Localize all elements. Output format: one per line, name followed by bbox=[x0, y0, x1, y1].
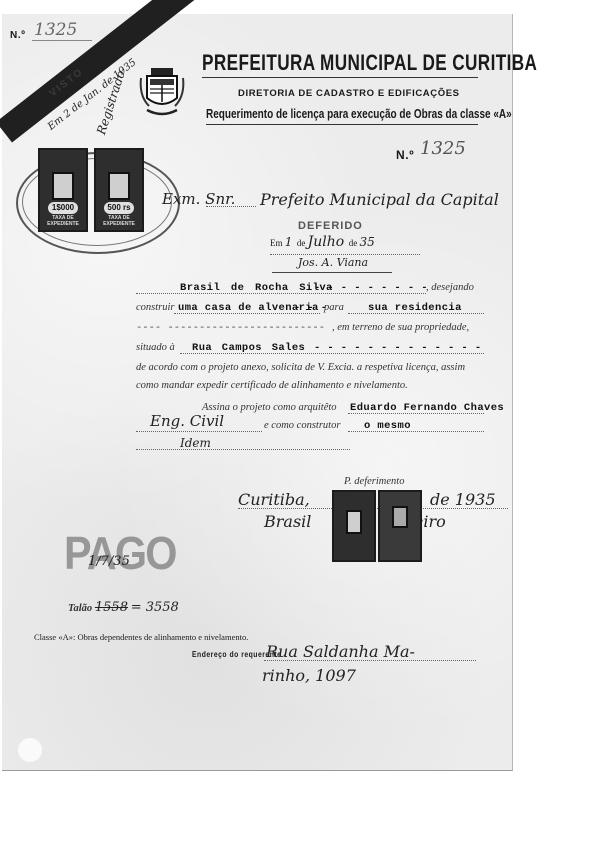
address-line-2: rinho, 1097 bbox=[262, 666, 356, 685]
stamp-emblem-icon bbox=[346, 510, 362, 534]
builder-name: o mesmo bbox=[364, 420, 411, 432]
applicant-name: Brasil de Rocha Silva bbox=[180, 282, 333, 294]
closing-place: Curitiba, bbox=[238, 490, 310, 509]
purpose: sua residencia bbox=[368, 302, 462, 314]
request-title: Requerimento de licença para execução de… bbox=[206, 107, 512, 121]
architect-title: Eng. Civil bbox=[150, 412, 224, 430]
fee-stamp: 500 rs TAXA DE EXPEDIENTE bbox=[94, 148, 144, 232]
approval-date: Em 1 de Julho de 35 bbox=[270, 234, 375, 250]
top-number-label: N.º bbox=[10, 30, 25, 41]
address-line-1: Rua Saldanha Ma- bbox=[266, 642, 415, 661]
stamp-emblem-icon bbox=[108, 172, 130, 200]
approval-signature: Jos. A. Viana bbox=[298, 256, 368, 269]
recipient: Prefeito Municipal da Capital bbox=[260, 190, 499, 209]
top-number-value: 1325 bbox=[34, 20, 77, 40]
curitiba-coat-of-arms-icon bbox=[139, 66, 185, 118]
class-footnote: Classe «A»: Obras dependentes de alinham… bbox=[34, 632, 248, 642]
request-formula: P. deferimento bbox=[344, 476, 404, 487]
revenue-stamp bbox=[332, 490, 376, 562]
form-number-value: 1325 bbox=[420, 138, 466, 159]
department-subtitle: DIRETORIA DE CADASTRO E EDIFICAÇÕES bbox=[238, 88, 460, 99]
paid-stamp: PAGO bbox=[64, 526, 176, 580]
document-page: N.º 1325 VISTO Em 2 de Jan. de 1935 Regi… bbox=[2, 14, 513, 771]
builder-extra: Idem bbox=[180, 436, 211, 450]
street-address: Rua Campos Sales bbox=[192, 342, 305, 354]
fee-stamp: 1$000 TAXA DE EXPEDIENTE bbox=[38, 148, 88, 232]
form-number-label: N.º bbox=[396, 148, 414, 162]
stamp-emblem-icon bbox=[52, 172, 74, 200]
punch-hole bbox=[18, 738, 42, 762]
talao-number: Talão 1558 = 3558 bbox=[68, 600, 179, 615]
registry-signature: Registrado bbox=[94, 69, 128, 137]
page-title: PREFEITURA MUNICIPAL DE CURITIBA bbox=[202, 50, 537, 76]
closing-year: de 1935 bbox=[430, 490, 496, 509]
deferido-stamp: DEFERIDO bbox=[298, 220, 363, 232]
architect-name: Eduardo Fernando Chaves bbox=[350, 402, 504, 414]
stamp-emblem-icon bbox=[392, 506, 408, 528]
revenue-stamp bbox=[378, 490, 422, 562]
desejando-text: , desejando bbox=[426, 282, 474, 293]
paid-date: 1/7/35 bbox=[88, 554, 130, 569]
